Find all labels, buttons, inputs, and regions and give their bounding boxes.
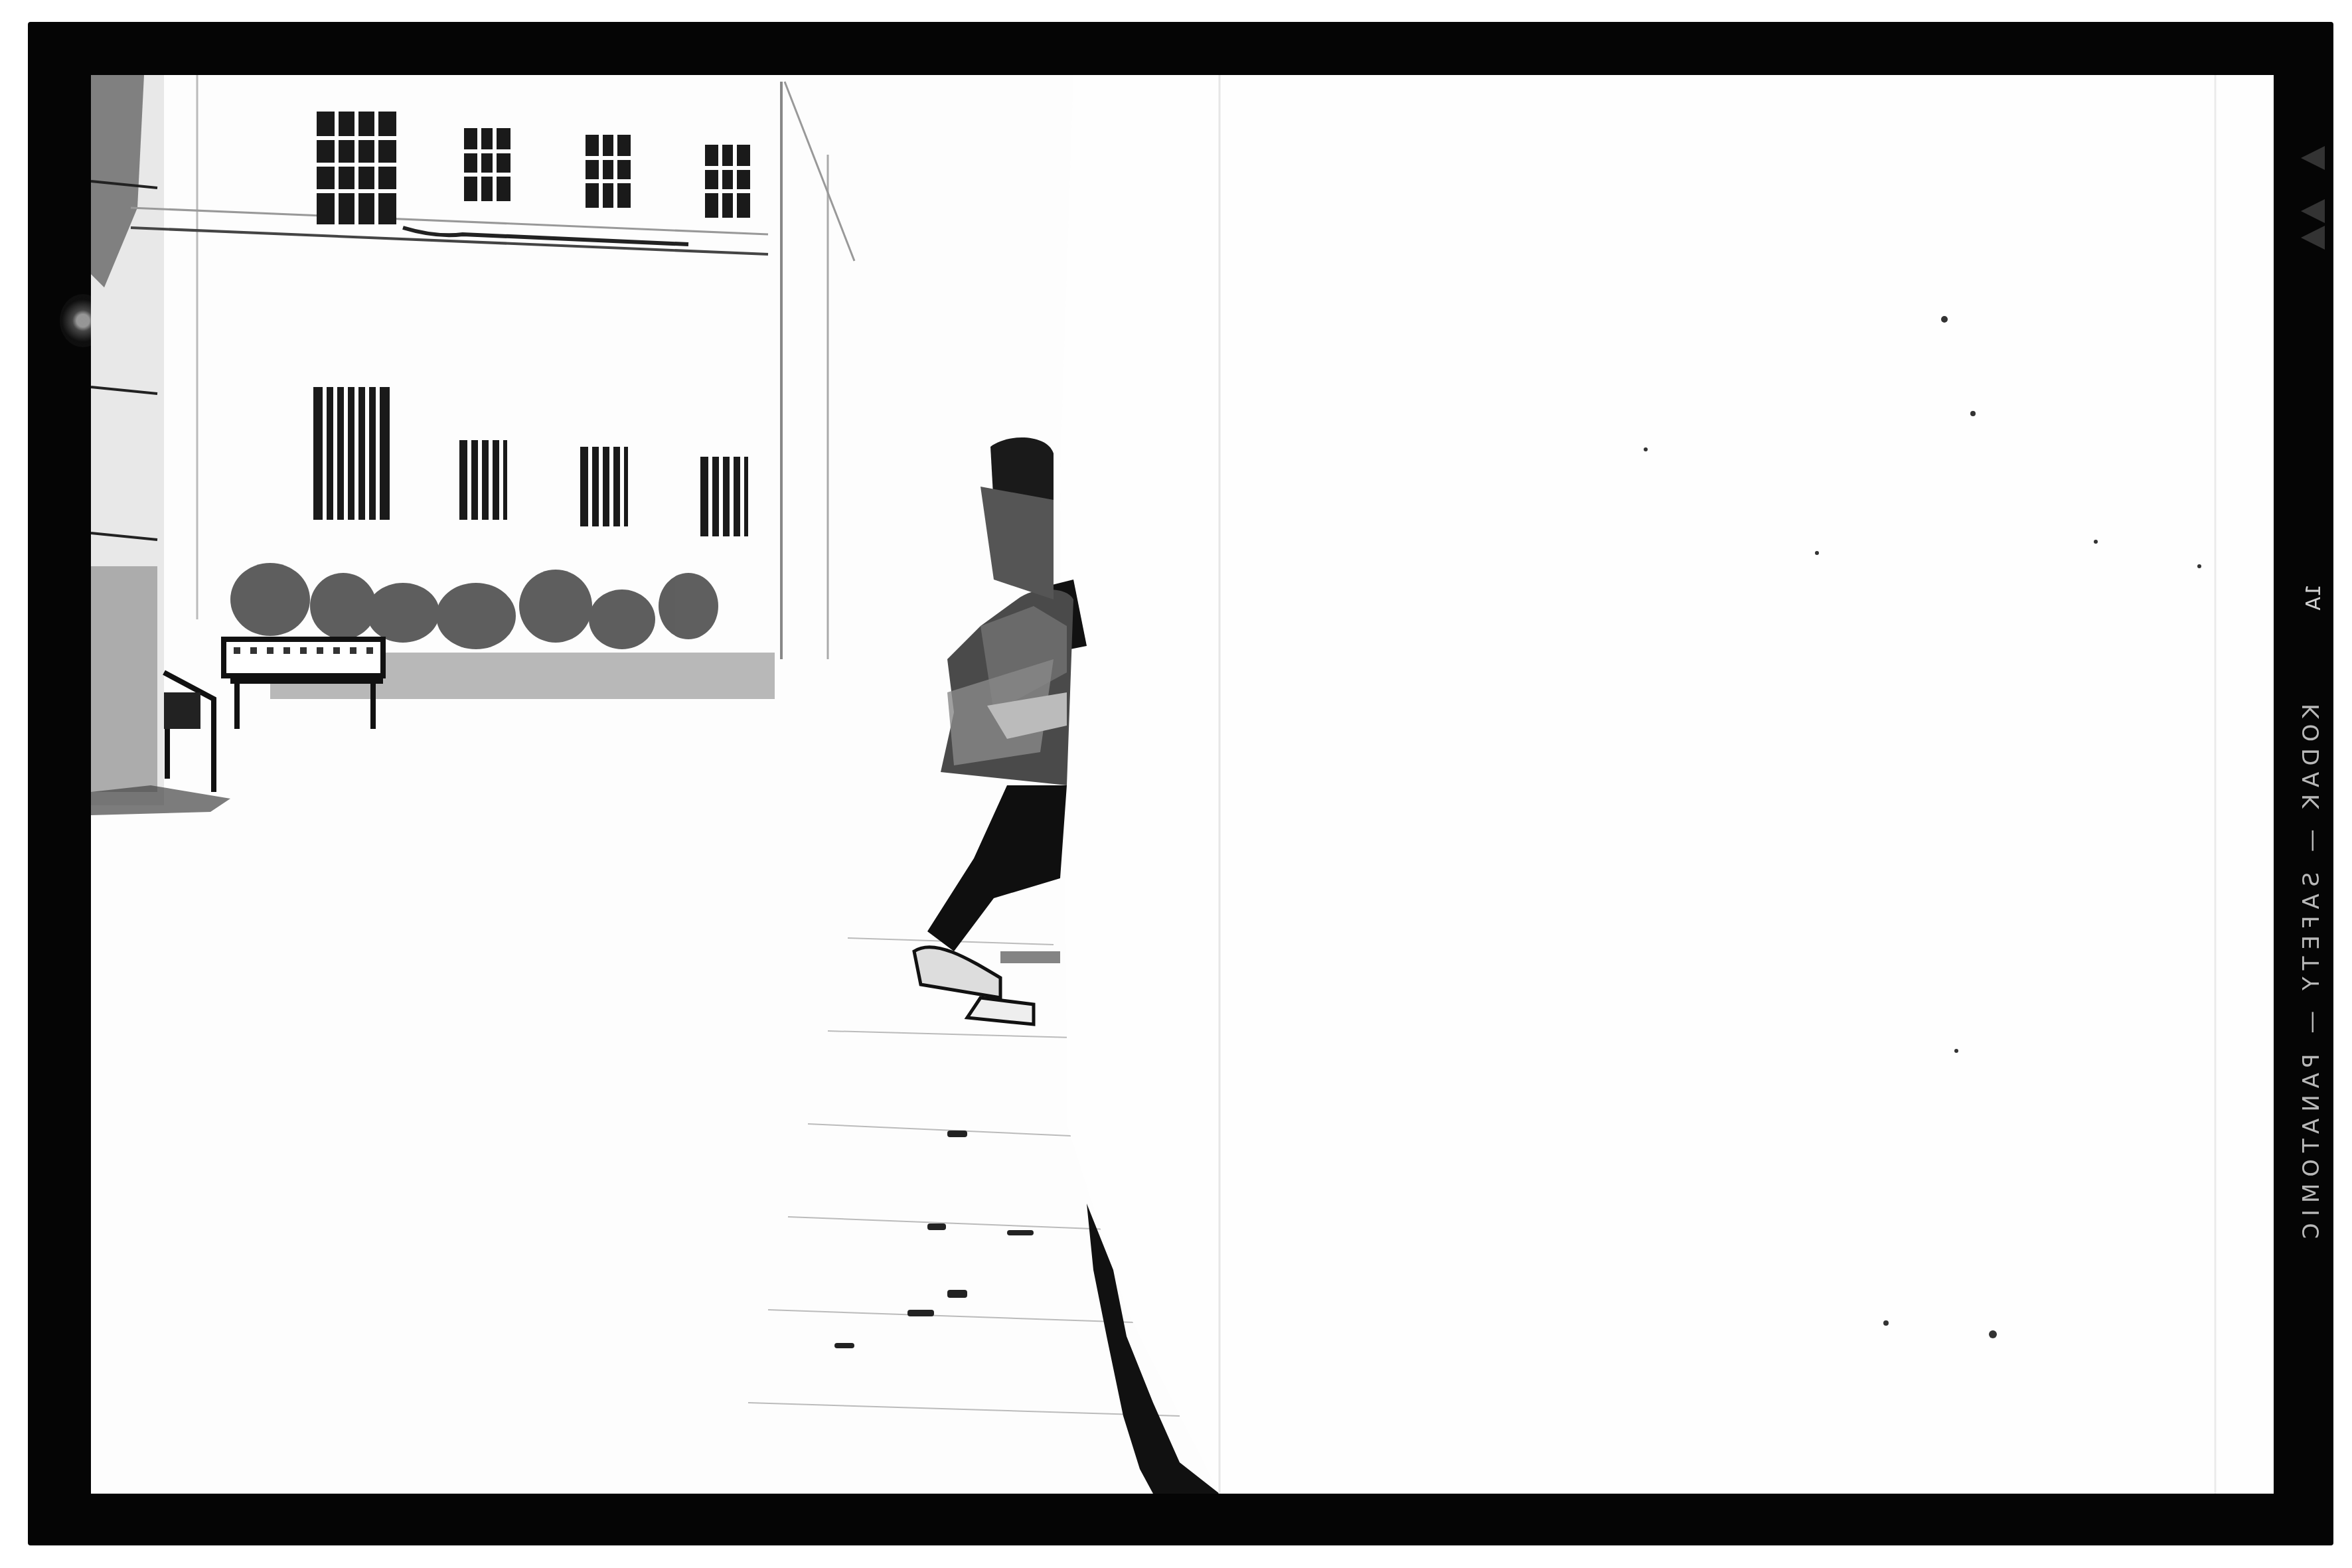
photo-scene — [91, 75, 2274, 1494]
building-facade — [131, 82, 854, 659]
white-wall — [1060, 75, 2274, 1494]
bench-side — [164, 672, 214, 792]
film-frame-number: 1A — [2302, 584, 2325, 611]
film-edge-notch — [2301, 226, 2325, 250]
film-edge-notch — [2301, 146, 2325, 170]
drain-grate — [1000, 951, 1060, 963]
film-edge-notch — [2301, 199, 2325, 223]
grass-patch — [91, 785, 230, 815]
photograph — [91, 75, 2274, 1494]
climbing-plants — [230, 563, 718, 649]
film-edge-code: KODAK — SAFETY — PANATOMIC — [2298, 704, 2325, 1500]
